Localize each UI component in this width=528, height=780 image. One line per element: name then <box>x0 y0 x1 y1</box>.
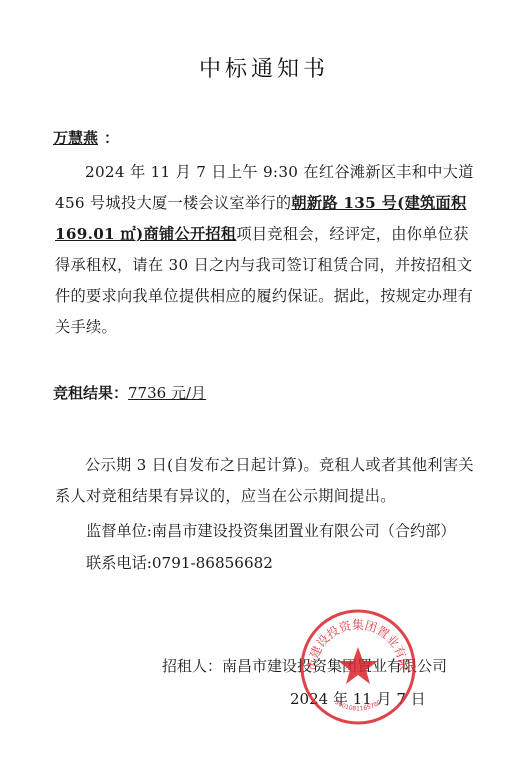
publicity-paragraph: 公示期 3 日(自发布之日起计算)。竞租人或者其他利害关系人对竞租结果有异议的，… <box>55 450 475 512</box>
recipient-name: 万慧燕 <box>53 129 104 147</box>
salutation: 万慧燕： <box>53 127 119 148</box>
bid-result-value: 7736 元/月 <box>128 384 216 402</box>
bid-result: 竞租结果：7736 元/月 <box>53 382 216 403</box>
company-seal-icon: 南昌市建设投资集团置业有限公司 3601081165780 <box>298 607 418 727</box>
svg-text:3601081165780: 3601081165780 <box>333 699 382 713</box>
document-title: 中标通知书 <box>0 52 528 83</box>
notice-paragraph: 2024 年 11 月 7 日上午 9:30 在红谷滩新区丰和中大道 456 号… <box>55 157 475 343</box>
supervisor-line: 监督单位:南昌市建设投资集团置业有限公司（合约部） <box>86 520 456 541</box>
phone-line: 联系电话:0791-86856682 <box>86 552 273 573</box>
